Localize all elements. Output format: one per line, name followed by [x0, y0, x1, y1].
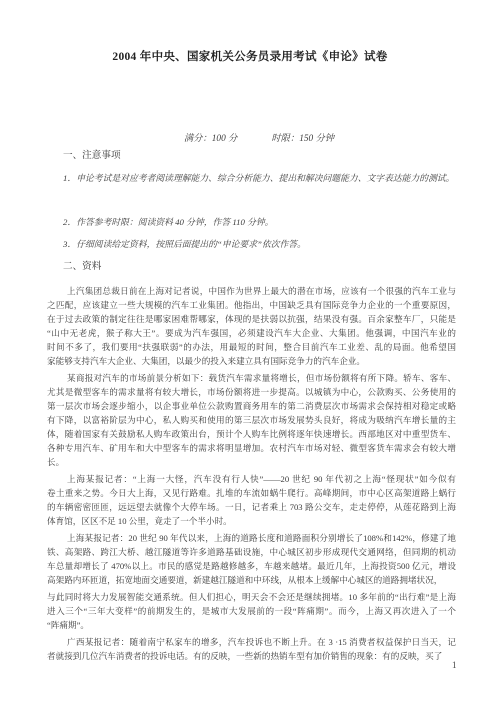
paragraph-line: 广西某报记者：随着南宁私家车的增多，汽车投诉也不断上升。在 3 ·15 消费者权…	[47, 635, 456, 649]
paragraph-line: 铁、高架路、跨江大桥、越江隧道等许多道路基础设施，中心城区初步形成现代交通网络，…	[47, 545, 456, 559]
material-paragraph: 广西某报记者：随着南宁私家车的增多，汽车投诉也不断上升。在 3 ·15 消费者权…	[47, 635, 456, 663]
page-title: 2004 年中央、国家机关公务员录用考试《申论》试卷	[0, 0, 500, 63]
paragraph-line: 之匹配，应该建立一些大规模的汽车工业集团。他指出，中国缺乏具有国际竞争力企业的一…	[47, 298, 456, 312]
full-score-label: 满分：100 分	[184, 134, 237, 144]
exam-paper-page: 2004 年中央、国家机关公务员录用考试《申论》试卷 满分：100 分 时限：1…	[0, 0, 500, 707]
paragraph-line: 家能够支持汽车大企业、大集团，以最少的投入来建立具有国际竞争力的汽车企业。	[47, 354, 456, 368]
paragraph-line: 某商报对汽车的市场前景分析如下：载货汽车需求量将增长，但市场份额将有所下降。轿车…	[47, 371, 456, 385]
paragraph-line: 者就接到几位汽车消费者的投诉电话。有的反映，一些新的热销车型有加价销售的现象：有…	[47, 649, 456, 663]
material-paragraph: 某商报对汽车的市场前景分析如下：载货汽车需求量将增长，但市场份额将有所下降。轿车…	[47, 371, 456, 469]
paragraph-line: 上海某报记者：“上海一大怪，汽车没有行人快”——20 世纪 90 年代初之上海“…	[47, 472, 456, 486]
materials-section-heading: 二、资料	[63, 262, 500, 272]
page-number: 1	[452, 660, 457, 670]
paragraph-line: 与此同时将大力发展智能交通系统。但人们担心，明天会不会还是继续拥堵。10 多年前…	[47, 590, 456, 604]
paragraph-line: 长。	[47, 455, 456, 469]
paragraph-line: 有下降，以富裕阶层为中心，私人购买和使用的第三层次市场发展势头良好，将成为吸纳汽…	[47, 413, 456, 427]
paragraph-line: 进入三个“三年大变样”的前期发生的，是城市大发展前的一段“阵痛期”。而今，上海又…	[47, 604, 456, 618]
paragraph-line: 上汽集团总裁日前在上海对记者说，中国作为世界上最大的潜在市场，应该有一个很强的汽…	[47, 284, 456, 298]
materials-paragraphs: 上汽集团总裁日前在上海对记者说，中国作为世界上最大的潜在市场，应该有一个很强的汽…	[47, 284, 456, 663]
material-paragraph: 上汽集团总裁日前在上海对记者说，中国作为世界上最大的潜在市场，应该有一个很强的汽…	[47, 284, 456, 368]
paragraph-line: 的车辆密密匝匝，远远望去就像个大停车场。一日，记者乘上 703 路公交车，走走停…	[47, 500, 456, 514]
paragraph-line: 卷土重来之势。今日大上海，又见行路难。扎堆的车流如蜗牛爬行。高峰期间，市中心区高…	[47, 486, 456, 500]
material-paragraph: 与此同时将大力发展智能交通系统。但人们担心，明天会不会还是继续拥堵。10 多年前…	[47, 590, 456, 632]
material-paragraph: 上海某报记者：“上海一大怪，汽车没有行人快”——20 世纪 90 年代初之上海“…	[47, 472, 456, 528]
notice-item-1: 1．申论考试是对应考者阅读理解能力、综合分析能力、提出和解决问题能力、文字表达能…	[63, 173, 500, 183]
material-paragraph: 上海某报记者：20 世纪 90 年代以来，上海的道路长度和道路面积分别增长了10…	[47, 531, 456, 587]
paragraph-line: 体育馆，区区不足 10 公里，竟走了一个半小时。	[47, 514, 456, 528]
paragraph-line: 尤其是微型客车的需求量将有较大增长，市场份额将进一步提高。以城镇为中心，公款购买…	[47, 385, 456, 399]
exam-meta: 满分：100 分 时限：150 分钟	[0, 134, 500, 144]
paragraph-line: 时间不多了，我们要用“扶强联弱”的办法，用最短的时间，整合目前汽车工业差、乱的局…	[47, 340, 456, 354]
paragraph-line: 上海某报记者：20 世纪 90 年代以来，上海的道路长度和道路面积分别增长了10…	[47, 531, 456, 545]
notice-item-2: 2．作答参考时限：阅读资料 40 分钟，作答 110 分钟。	[63, 217, 500, 227]
paragraph-line: 第一层次市场会逐步缩小，以企事业单位公款购置商务用车的第二消费层次市场需求会保持…	[47, 399, 456, 413]
paragraph-line: 在于过去政策的制定往往是哪家困难帮哪家，体现的是扶弱以抗强，结果没有强。百余家整…	[47, 312, 456, 326]
paragraph-line: 车总量却增长了 470%以上。市民的感觉是路越修越多，车越来越堵。最近几年，上海…	[47, 559, 456, 573]
paragraph-line: 各种专用汽车、矿用车和大中型客车的需求将明显增加。农村汽车市场对轻、微型客货车需…	[47, 441, 456, 455]
paragraph-line: 体，随着国家有关鼓励私人购车政策出台，预计个人购车比例将逐年快速增长。西部地区对…	[47, 427, 456, 441]
time-limit-label: 时限：150 分钟	[271, 134, 334, 144]
notice-item-3: 3．仔细阅读给定资料，按照后面提出的“申论要求”依次作答。	[63, 239, 500, 249]
paragraph-line: “阵痛期”。	[47, 618, 456, 632]
paragraph-line: “山中无老虎，猴子称大王”。要成为汽车强国，必须建设汽车大企业、大集团。他强调，…	[47, 326, 456, 340]
paragraph-line: 高架路内环匝道，拓宽地面交通要道，新建越江隧道和中环线，从根本上缓解中心城区的道…	[47, 573, 456, 587]
notice-section-heading: 一、注意事项	[63, 151, 500, 161]
